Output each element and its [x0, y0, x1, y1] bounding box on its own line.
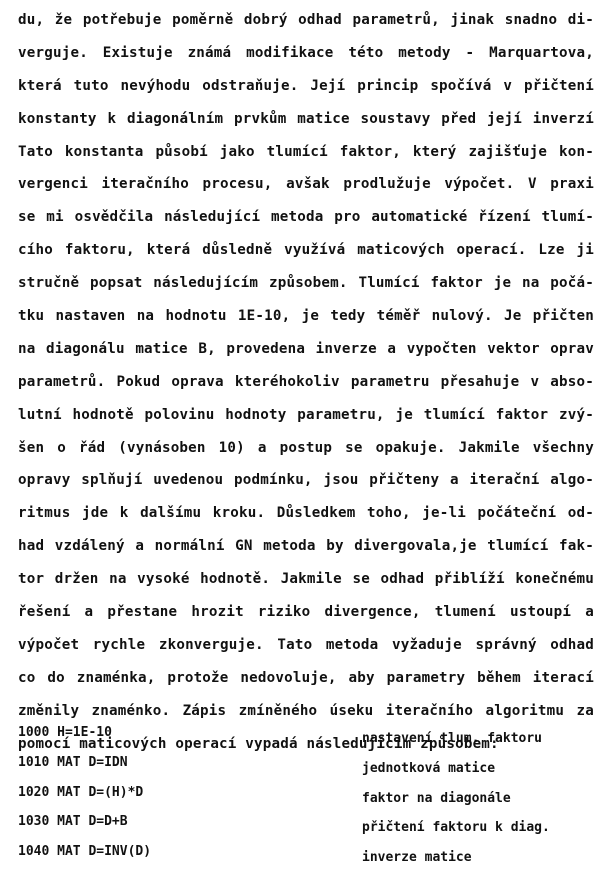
paragraph-line: verguje. Existuje známá modifikace této … [18, 41, 594, 74]
paragraph-line: ritmus jde k dalšímu kroku. Důsledkem to… [18, 501, 594, 534]
code-line: 1030 MAT D=D+Bpřičtení faktoru k diag. [18, 811, 598, 841]
paragraph-line: řešení a přestane hrozit riziko divergen… [18, 600, 594, 633]
code-statement: 1000 H=1E-10 [18, 722, 112, 744]
paragraph-line: cího faktoru, která důsledně využívá mat… [18, 238, 594, 271]
code-comment: jednotková matice [362, 758, 495, 780]
paragraph-line: vergenci iteračního procesu, avšak prodl… [18, 172, 594, 205]
basic-code-listing: 1000 H=1E-10nastavení tlum. faktoru1010 … [18, 722, 598, 871]
paragraph-line: had vzdálený a normální GN metoda by div… [18, 534, 594, 567]
code-line: 1010 MAT D=IDNjednotková matice [18, 752, 598, 782]
paragraph-line: lutní hodnotě polovinu hodnoty parametru… [18, 403, 594, 436]
code-statement: 1010 MAT D=IDN [18, 752, 128, 774]
paragraph-line: Tato konstanta působí jako tlumící fakto… [18, 140, 594, 173]
code-statement: 1040 MAT D=INV(D) [18, 841, 151, 863]
paragraph-line: co do znaménka, protože nedovoluje, aby … [18, 666, 594, 699]
code-line: 1020 MAT D=(H)*Dfaktor na diagonále [18, 782, 598, 812]
paragraph-line: se mi osvědčila následující metoda pro a… [18, 205, 594, 238]
paragraph-line: tor držen na vysoké hodnotě. Jakmile se … [18, 567, 594, 600]
paragraph-line: tku nastaven na hodnotu 1E-10, je tedy t… [18, 304, 594, 337]
paragraph-line: parametrů. Pokud oprava kteréhokoliv par… [18, 370, 594, 403]
code-statement: 1030 MAT D=D+B [18, 811, 128, 833]
code-comment: přičtení faktoru k diag. [362, 817, 550, 839]
paragraph-line: du, že potřebuje poměrně dobrý odhad par… [18, 8, 594, 41]
body-paragraph: du, že potřebuje poměrně dobrý odhad par… [18, 8, 594, 764]
paragraph-line: výpočet rychle zkonverguje. Tato metoda … [18, 633, 594, 666]
code-line: 1000 H=1E-10nastavení tlum. faktoru [18, 722, 598, 752]
paragraph-line: na diagonálu matice B, provedena inverze… [18, 337, 594, 370]
code-comment: nastavení tlum. faktoru [362, 728, 542, 750]
scanned-document-page: du, že potřebuje poměrně dobrý odhad par… [0, 0, 616, 882]
paragraph-line: opravy splňují uvedenou podmínku, jsou p… [18, 468, 594, 501]
paragraph-line: která tuto nevýhodu odstraňuje. Její pri… [18, 74, 594, 107]
code-statement: 1020 MAT D=(H)*D [18, 782, 143, 804]
paragraph-line: stručně popsat následujícím způsobem. Tl… [18, 271, 594, 304]
paragraph-line: šen o řád (vynásoben 10) a postup se opa… [18, 436, 594, 469]
code-line: 1040 MAT D=INV(D)inverze matice [18, 841, 598, 871]
code-comment: faktor na diagonále [362, 788, 511, 810]
paragraph-line: konstanty k diagonálním prvkům matice so… [18, 107, 594, 140]
code-comment: inverze matice [362, 847, 472, 869]
